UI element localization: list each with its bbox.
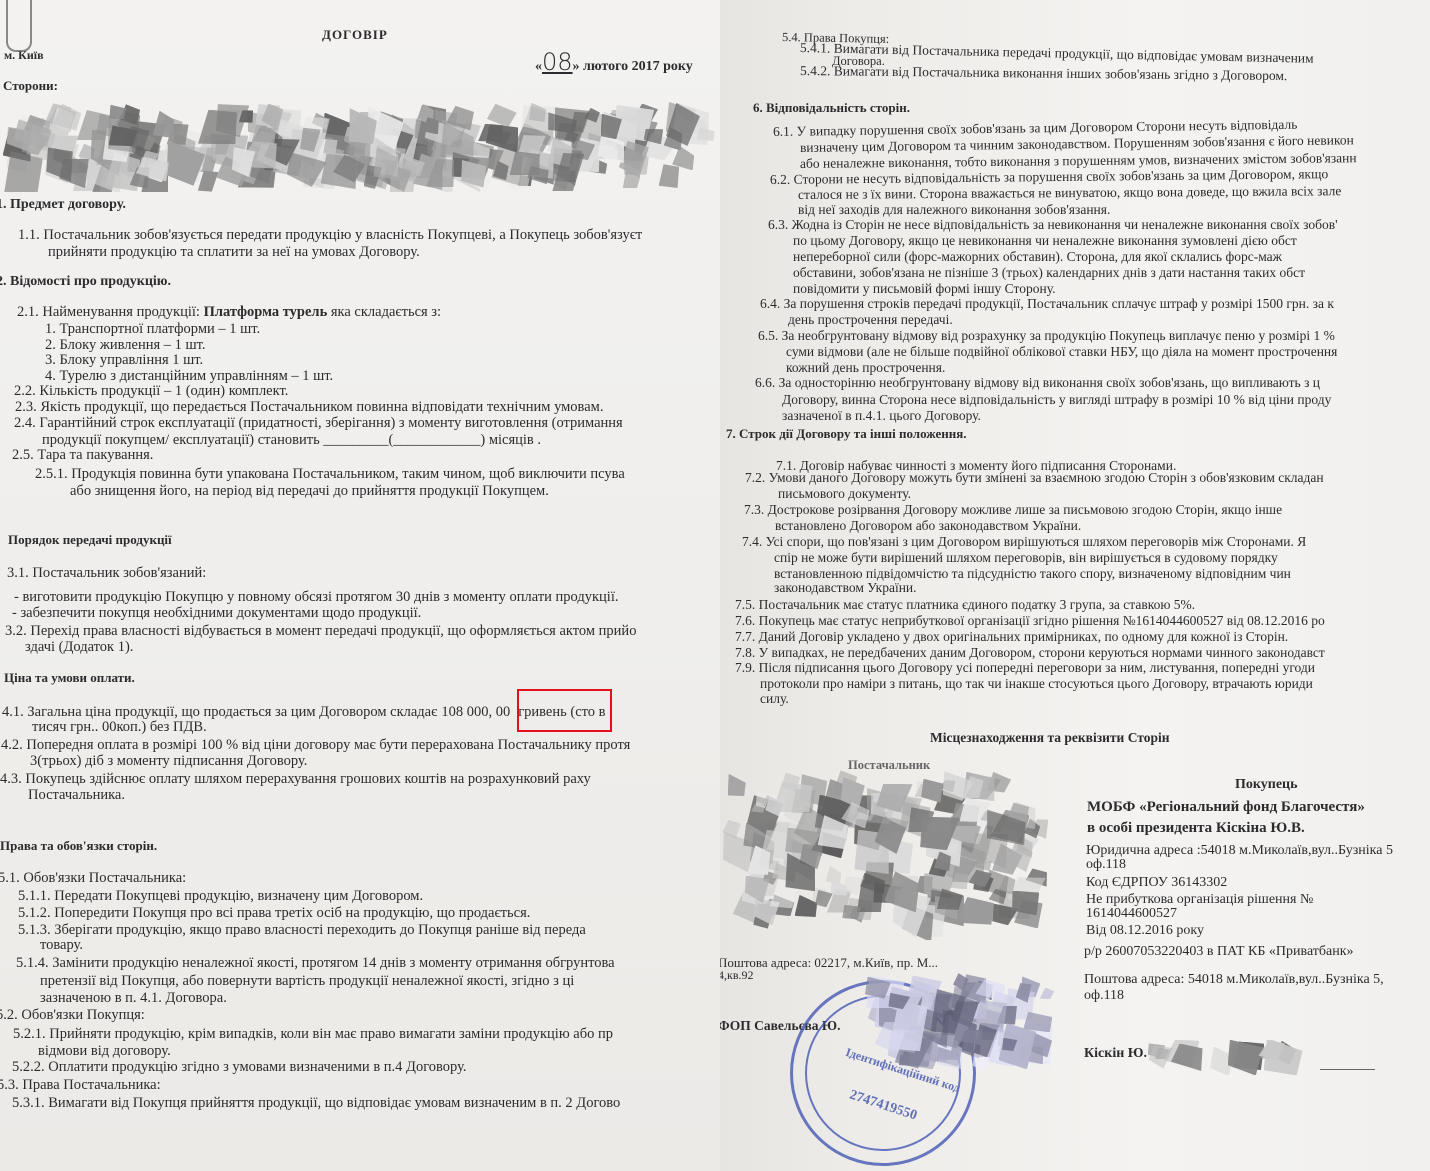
buyer-nonprofit-number: 1614044600527 — [1086, 906, 1177, 921]
parties-label: Сторони: — [3, 78, 58, 93]
clause-7-3: 7.3. Дострокове розірвання Договору можл… — [744, 502, 1282, 517]
clause-6-2-cont: сталося не з їх вини. Сторона вважається… — [798, 183, 1341, 202]
redaction-patch — [59, 159, 89, 188]
clause-6-4-cont: день прострочення передачі. — [788, 312, 953, 327]
redaction-patch — [198, 110, 237, 145]
clause-5-1-4-cont2: зазначеною в п. 4.1. Договора. — [40, 991, 227, 1006]
redaction-patch — [1023, 1012, 1052, 1032]
clause-7-7: 7.7. Даний Договір укладено у двох оригі… — [735, 629, 1288, 644]
clause-5-1-1: 5.1.1. Передати Покупцеві продукцію, виз… — [18, 889, 423, 904]
clause-4-3-cont: Постачальника. — [28, 788, 125, 803]
redaction-patch — [198, 171, 219, 192]
redacted-buyer-signature — [1125, 1040, 1315, 1075]
contract-date: «08» лютого 2017 року — [535, 55, 693, 74]
redacted-supplier-details — [720, 770, 1050, 940]
city: м. Київ — [4, 48, 44, 63]
clause-5-2-1: 5.2.1. Прийняти продукцію, крім випадків… — [13, 1027, 613, 1042]
redaction-patch — [659, 164, 679, 188]
clause-3-1-b: - забезпечити покупця необхідними докуме… — [12, 606, 421, 621]
clause-5-2: 5.2. Обов'язки Покупця: — [0, 1008, 145, 1023]
clause-3-1: 3.1. Постачальник зобов'язаний: — [7, 566, 206, 581]
clause-5-1-4-cont: претензії від Покупця, або повернути вар… — [40, 974, 574, 989]
clause-6-5-cont: суми відмови (але не більше подвійної об… — [786, 344, 1337, 359]
clause-1-1: 1.1. Постачальник зобов'язується передат… — [18, 228, 642, 243]
buyer-nonprofit-date: Від 08.12.2016 року — [1086, 923, 1204, 938]
stamp-code: 2747419550 — [847, 1088, 919, 1125]
product-item: 3. Блоку управління 1 шт. — [45, 353, 203, 368]
date-prefix: « — [535, 59, 542, 74]
clause-2-1-label: 2.1. Найменування продукції: — [17, 304, 204, 320]
requisites-title: Місцезнаходження та реквізити Сторін — [930, 730, 1170, 745]
clause-3-2-cont: здачі (Додаток 1). — [25, 640, 133, 655]
clause-2-4: 2.4. Гарантійний строк експлуатації (при… — [14, 416, 623, 431]
buyer-office: оф.118 — [1086, 857, 1126, 872]
clause-2-3: 2.3. Якість продукції, що передається По… — [15, 400, 603, 415]
clause-2-2: 2.2. Кількість продукції – 1 (один) комп… — [14, 384, 288, 399]
clause-4-1-cont: тисяч грн.. 00коп.) без ПДВ. — [32, 720, 207, 735]
clause-5-3: 5.3. Права Постачальника: — [0, 1078, 161, 1093]
buyer-postal-address: Поштова адреса: 54018 м.Миколаїв,вул..Бу… — [1084, 972, 1384, 987]
clause-5-2-2: 5.2.2. Оплатити продукцію згідно з умова… — [12, 1060, 467, 1075]
clause-5-1-3: 5.1.3. Зберігати продукцію, якщо право в… — [18, 923, 586, 938]
clause-3-2: 3.2. Перехід права власності відбуваєтьс… — [5, 624, 636, 639]
product-name: Платформа турель — [204, 304, 328, 320]
clause-7-3-cont: встановлено Договором або законодавством… — [775, 518, 1081, 533]
clause-6-3-cont2: непереборної сили (форс-мажорних обстави… — [793, 249, 1282, 264]
product-item: 2. Блоку живлення – 1 шт. — [45, 338, 206, 353]
clause-6-6-cont2: зазначеної в п.4.1. цього Договору. — [782, 408, 981, 423]
clause-5-1: 5.1. Обов'язки Постачальника: — [0, 871, 186, 886]
clause-7-2: 7.2. Умови даного Договору можуть бути з… — [745, 470, 1324, 485]
clause-6-4: 6.4. За порушення строків передачі проду… — [760, 296, 1334, 311]
buyer-postal-office: оф.118 — [1084, 988, 1124, 1003]
section-7-title: 7. Строк дії Договору та інші положення. — [726, 426, 967, 441]
clause-2-4-cont: продукції покупцем/ експлуатації) станов… — [42, 433, 541, 448]
contract-page-left: ДОГОВІР м. Київ «08» лютого 2017 року Ст… — [0, 0, 720, 1171]
supplier-postal-address-cont: 4,кв.92 — [720, 968, 754, 983]
clause-6-3-cont3: обставини, зобов'язана не пізніше 3 (трь… — [793, 265, 1305, 280]
redaction-patch — [773, 782, 813, 812]
buyer-nonprofit: Не прибуткова організація рішення № — [1086, 892, 1313, 907]
clause-2-1-rest: яка складається з: — [327, 304, 441, 320]
clause-7-9-cont: протоколи про наміри з питань, що так чи… — [760, 676, 1313, 691]
buyer-legal-address: Юридична адреса :54018 м.Миколаїв,вул..Б… — [1086, 843, 1393, 858]
clause-6-6: 6.6. За односторінню необгрунтовану відм… — [755, 375, 1320, 390]
clause-3-1-a: - виготовити продукцію Покупцю у повному… — [14, 590, 619, 605]
section-1-title: 1. Предмет договору. — [0, 197, 126, 212]
clause-6-3-cont4: повідомити у письмовій формі іншу Сторон… — [793, 281, 1055, 296]
clause-7-4-cont: спір не може бути вирішений шляхом перег… — [774, 550, 1278, 565]
clause-7-4-cont2: встановленною підвідомчістю та підсудніс… — [774, 566, 1291, 581]
paper-clip-icon — [6, 0, 32, 52]
clause-6-3-cont: по цьому Договору, якщо це невиконання ч… — [793, 233, 1297, 248]
section-6-title: 6. Відповідальність сторін. — [753, 100, 910, 115]
clause-2-5-1-cont: або знищення його, на період від передач… — [70, 484, 549, 499]
clause-6-5-cont2: кожний день прострочення. — [786, 360, 945, 375]
clause-7-9-cont2: силу. — [760, 691, 789, 706]
clause-7-2-cont: письмового документу. — [778, 486, 911, 501]
redaction-patch — [153, 111, 174, 138]
document-title: ДОГОВІР — [322, 27, 388, 42]
redacted-parties — [0, 102, 720, 192]
clause-2-5-1: 2.5.1. Продукція повинна бути упакована … — [35, 467, 625, 482]
signature-line — [1320, 1069, 1375, 1070]
buyer-bank-account: р/р 26007053220403 в ПАТ КБ «Приватбанк» — [1084, 944, 1354, 959]
clause-2-5: 2.5. Тара та пакування. — [12, 448, 153, 463]
clause-5-1-2: 5.1.2. Попередити Покупця про всі права … — [18, 906, 530, 921]
redaction-patch — [697, 128, 715, 142]
clause-6-5: 6.5. За необгрунтовану відмову від розра… — [758, 328, 1335, 343]
buyer-edrpou: Код ЄДРПОУ 36143302 — [1086, 875, 1227, 890]
redaction-patch — [529, 103, 546, 122]
clause-7-8: 7.8. У випадках, не передбачених даним Д… — [735, 645, 1325, 660]
buyer-title: Покупець — [1235, 777, 1298, 792]
product-item: 4. Турелю з дистанційним управлінням – 1… — [45, 369, 333, 384]
clause-7-5: 7.5. Постачальник має статус платника єд… — [735, 597, 1195, 612]
redaction-patch — [487, 104, 517, 128]
section-5-title: Права та обов'язки сторін. — [0, 838, 157, 853]
redaction-patch — [1040, 988, 1055, 1000]
section-3-title: Порядок передачі продукції — [8, 532, 172, 547]
clause-5-4-2: 5.4.2. Вимагати від Постачальника викона… — [800, 63, 1287, 83]
clause-7-6: 7.6. Покупець має статус неприбуткової о… — [735, 613, 1325, 628]
clause-6-2-cont2: від неї заходів для належного виконання … — [798, 202, 1110, 217]
clause-6-3: 6.3. Жодна із Сторін не несе відповідаль… — [768, 217, 1338, 232]
contract-amount: 108 000, 00 — [441, 704, 510, 720]
clause-2-1: 2.1. Найменування продукції: Платформа т… — [17, 305, 441, 320]
clause-4-1-text: 4.1. Загальна ціна продукції, що продаєт… — [2, 704, 437, 720]
clause-4-3: 4.3. Покупець здійснює оплату шляхом пер… — [0, 772, 591, 787]
clause-7-4-cont3: законодавством України. — [774, 580, 917, 595]
buyer-name: МОБФ «Регіональний фонд Благочестя» — [1087, 800, 1365, 815]
clause-4-2: 4.2. Попередня оплата в розмірі 100 % ві… — [1, 738, 630, 753]
amount-highlight-box — [517, 689, 612, 732]
clause-5-1-4: 5.1.4. Замінити продукцію неналежної яко… — [16, 956, 615, 971]
clause-4-2-cont: 3(трьох) діб з моменту підписання Догово… — [30, 754, 307, 769]
clause-1-1-cont: прийняти продукцію та сплатити за неї на… — [48, 245, 420, 260]
section-4-title: Ціна та умови оплати. — [4, 670, 135, 685]
redaction-patch — [728, 774, 746, 796]
clause-7-4: 7.4. Усі спори, що пов'язані з цим Догов… — [742, 534, 1306, 549]
date-suffix: » лютого 2017 року — [573, 59, 693, 74]
clause-7-9: 7.9. Після підписання цього Договору усі… — [735, 660, 1315, 675]
section-2-title: 2. Відомості про продукцію. — [0, 274, 171, 289]
clause-5-2-1-cont: відмови від договору. — [38, 1044, 171, 1059]
contract-page-right: 5.4. Права Покупця: 5.4.1. Вимагати від … — [720, 0, 1430, 1171]
product-item: 1. Транспортної платформи – 1 шт. — [45, 322, 260, 337]
buyer-representative: в особі президента Кіскіна Ю.В. — [1087, 821, 1305, 836]
redaction-patch — [1264, 1040, 1303, 1075]
clause-5-3-1: 5.3.1. Вимагати від Покупця прийняття пр… — [12, 1096, 620, 1111]
clause-4-1: 4.1. Загальна ціна продукції, що продаєт… — [2, 705, 606, 720]
clause-6-6-cont: Договору, винна Сторона несе відповідаль… — [782, 392, 1331, 407]
redacted-stamp-name — [865, 973, 1055, 1073]
clause-5-1-3-cont: товару. — [40, 938, 83, 953]
redaction-patch — [921, 779, 943, 803]
date-day: 08 — [542, 48, 573, 76]
